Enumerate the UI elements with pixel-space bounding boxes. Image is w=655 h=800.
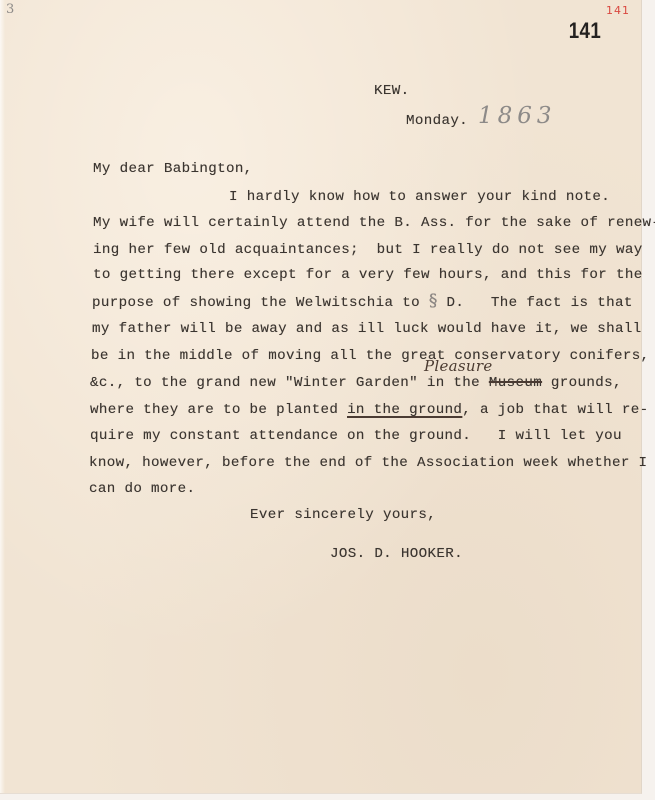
body-line: &c., to the grand new "Winter Garden" in… — [90, 376, 622, 390]
closing: Ever sincerely yours, — [250, 508, 436, 522]
body-line: My wife will certainly attend the B. Ass… — [93, 216, 655, 230]
body-line: can do more. — [89, 482, 195, 496]
red-folio-annotation: 141 — [606, 4, 630, 17]
letter-day: Monday. — [406, 114, 468, 128]
body-line: my father will be away and as ill luck w… — [92, 322, 642, 336]
section-mark-annotation: § — [429, 291, 438, 311]
body-line-text: &c., to the grand new "Winter Garden" in… — [90, 375, 489, 391]
body-line: I hardly know how to answer your kind no… — [229, 190, 610, 204]
body-line-text: grounds, — [542, 375, 622, 391]
pencil-year-annotation: 1863 — [478, 103, 557, 129]
body-line: to getting there except for a very few h… — [93, 268, 643, 282]
struck-word: Museum — [489, 375, 542, 391]
letter-page: 3 141 141 KEW. Monday. 1863 My dear Babi… — [0, 0, 642, 794]
body-line-text: D. The fact is that — [438, 295, 633, 311]
signature: JOS. D. HOOKER. — [330, 547, 463, 561]
body-line-text: , a job that will re- — [462, 402, 648, 418]
handwritten-insertion: Pleasure — [424, 357, 493, 375]
folio-number: 141 — [569, 18, 601, 44]
body-line: ing her few old acquaintances; but I rea… — [93, 243, 643, 257]
body-line: know, however, before the end of the Ass… — [89, 456, 647, 470]
underlined-phrase: in the ground — [347, 402, 462, 418]
salutation: My dear Babington, — [93, 162, 253, 176]
body-line-text: where they are to be planted — [90, 402, 347, 418]
archive-sheet-number: 3 — [6, 2, 14, 17]
body-line: purpose of showing the Welwitschia to § … — [92, 293, 633, 310]
body-line-text: purpose of showing the Welwitschia to — [92, 295, 429, 311]
body-line: quire my constant attendance on the grou… — [90, 429, 622, 443]
body-line: be in the middle of moving all the great… — [91, 349, 649, 363]
body-line: where they are to be planted in the grou… — [90, 403, 648, 417]
letter-place: KEW. — [374, 84, 409, 98]
